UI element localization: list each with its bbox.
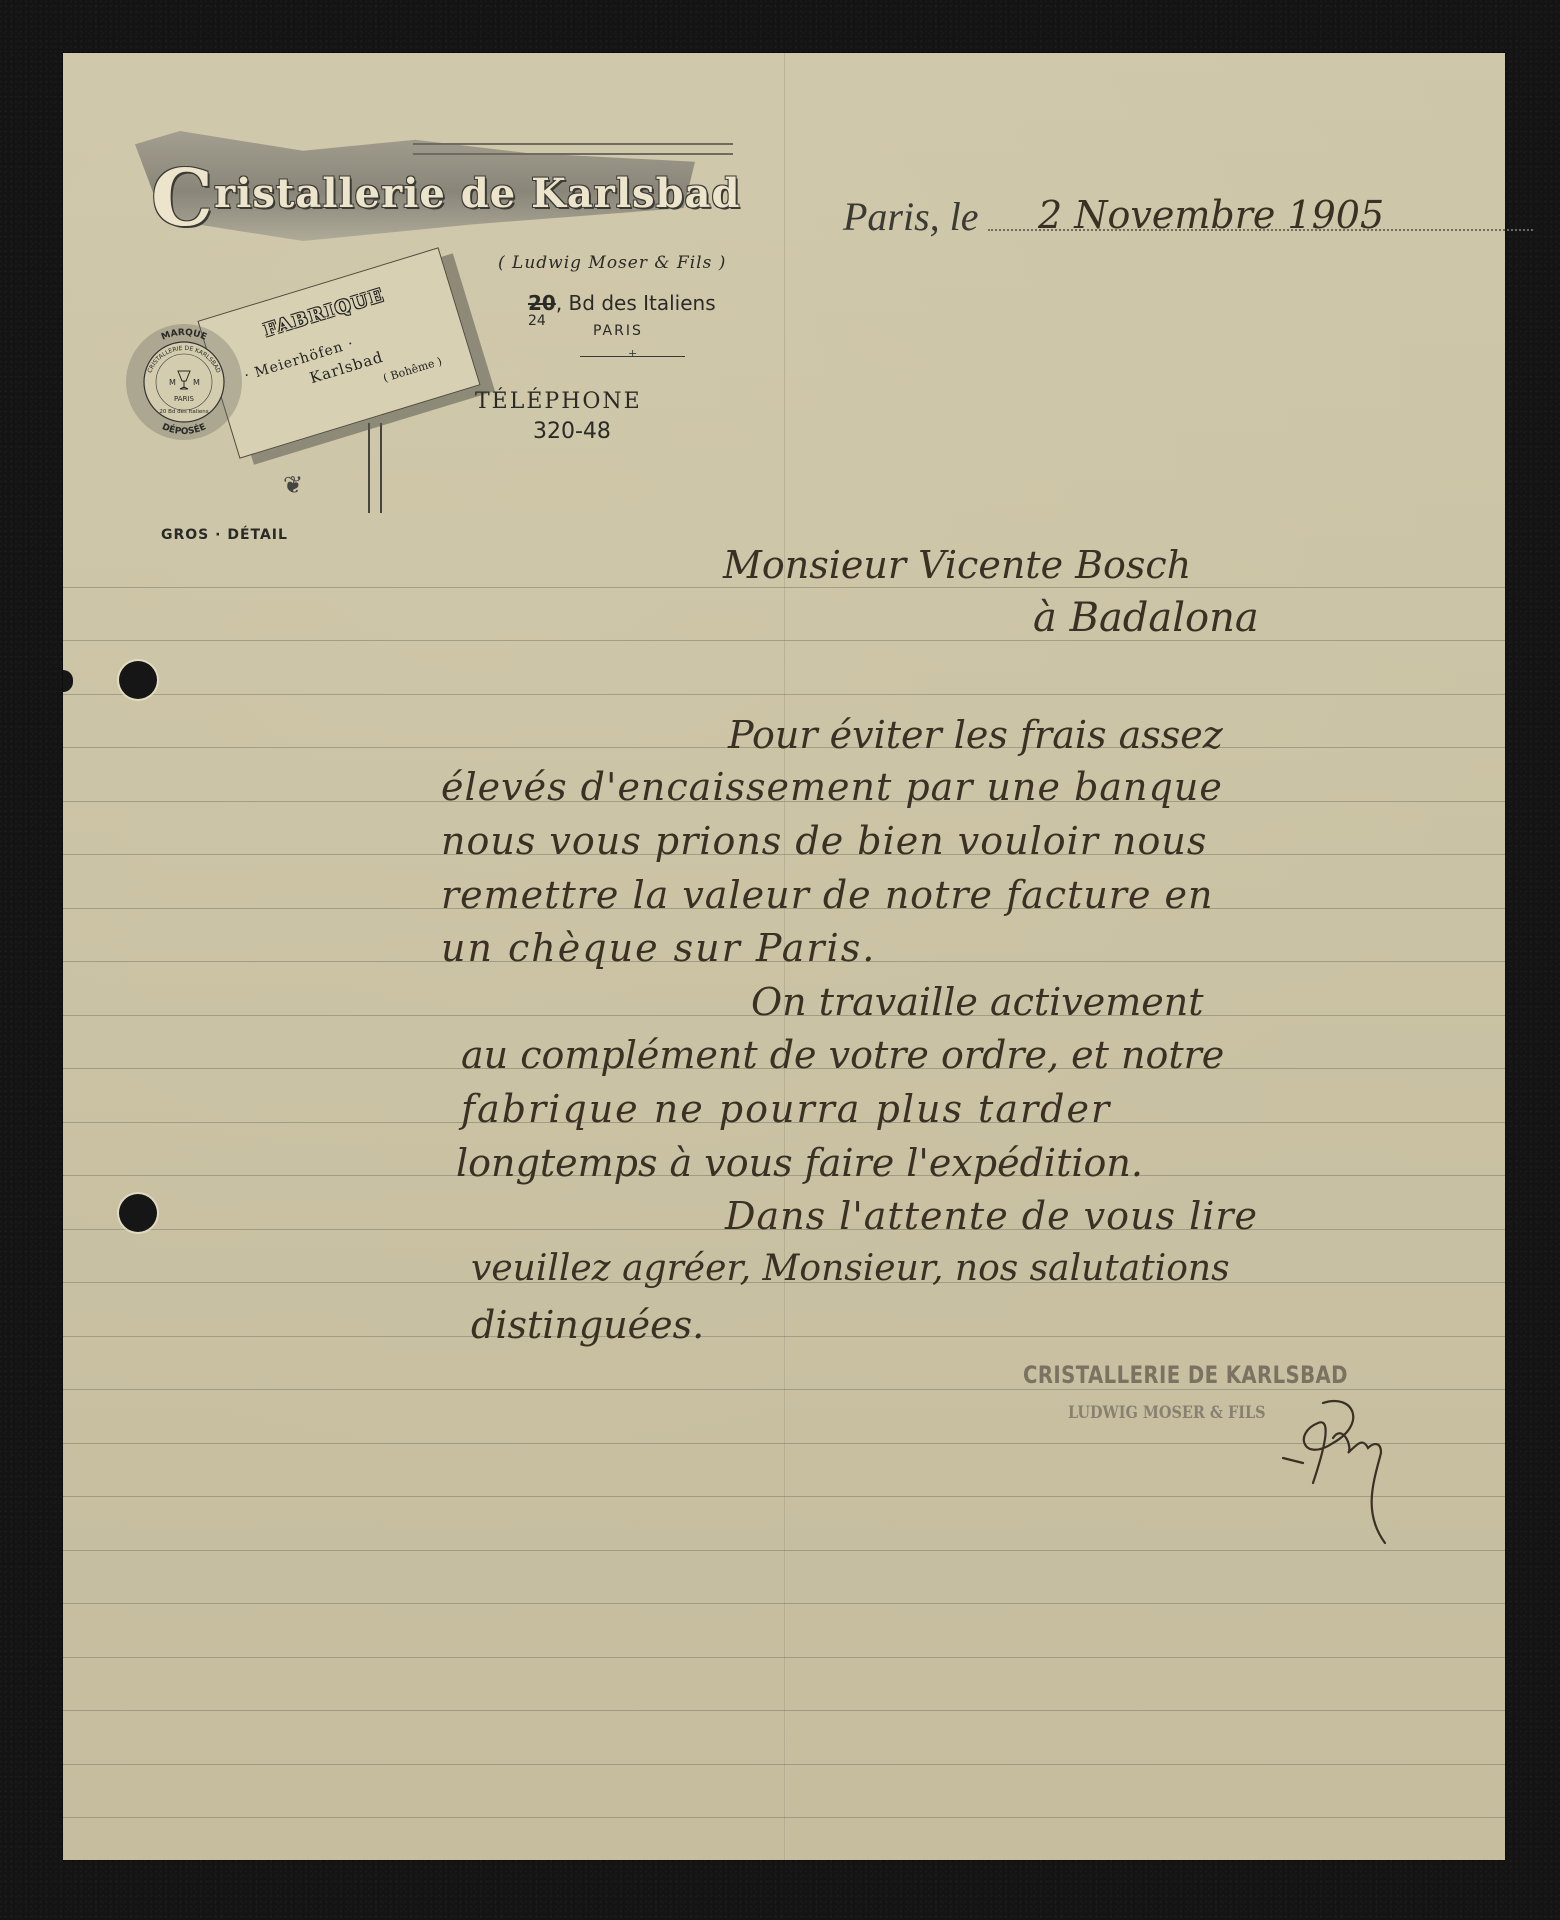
company-title-initial: C: [151, 153, 214, 244]
handwritten-date: 2 Novembre 1905: [1038, 193, 1384, 237]
ruled-line: [63, 640, 1505, 641]
company-address: 20, Bd des Italiens: [528, 291, 716, 315]
address-number-struck: 20: [528, 291, 556, 315]
company-stamp-line2: LUDWIG MOSER & FILS: [1068, 1403, 1266, 1423]
letter-body-line: longtemps à vous faire l'expédition.: [456, 1141, 1143, 1185]
trade-label: GROS · DÉTAIL: [161, 527, 288, 543]
letter-body-line: au complément de votre ordre, et notre: [461, 1033, 1224, 1077]
company-title: Cristallerie de Karlsbad: [151, 153, 740, 244]
svg-text:20 Bd des Italiens: 20 Bd des Italiens: [159, 409, 208, 415]
company-subtitle: ( Ludwig Moser & Fils ): [498, 253, 726, 273]
svg-text:M: M: [193, 378, 200, 387]
ruled-line: [63, 1603, 1505, 1604]
company-stamp-line1: CRISTALLERIE DE KARLSBAD: [1023, 1361, 1348, 1389]
factory-card-region: ( Bohême ): [382, 355, 444, 385]
telephone-label: TÉLÉPHONE: [475, 389, 642, 414]
address-street: , Bd des Italiens: [556, 291, 716, 315]
recipient-city: à Badalona: [1033, 595, 1259, 641]
ruled-line: [63, 1389, 1505, 1390]
signature: [1263, 1393, 1413, 1563]
binder-hole: [119, 661, 157, 699]
letter-body-line: élevés d'encaissement par une banque: [441, 765, 1223, 809]
date-printed-prefix: Paris, le: [843, 193, 979, 240]
letter-body-line: nous vous prions de bien vouloir nous: [441, 819, 1207, 863]
ruled-line: [63, 587, 1505, 588]
ruled-line: [63, 1657, 1505, 1658]
flourish-ornament: ❦: [283, 471, 303, 499]
address-city: PARIS: [593, 323, 643, 339]
ruled-line: [63, 694, 1505, 695]
letter-body-line: un chèque sur Paris.: [441, 926, 876, 970]
ruled-line: [63, 1764, 1505, 1765]
letter-body-line: fabrique ne pourra plus tarder: [461, 1087, 1111, 1131]
edge-notch: [63, 670, 73, 692]
binder-hole: [119, 1194, 157, 1232]
letter-body-line: Dans l'attente de vous lire: [725, 1194, 1258, 1238]
ruled-line: [63, 1817, 1505, 1818]
address-number-corrected: 24: [528, 313, 546, 329]
svg-text:PARIS: PARIS: [174, 395, 194, 403]
signpost-ornament: [368, 423, 382, 513]
telephone-number: 320-48: [533, 419, 611, 444]
ornamental-divider: [580, 356, 685, 357]
ruled-line: [63, 1710, 1505, 1711]
letter-body-line: remettre la valeur de notre facture en: [441, 873, 1214, 917]
letter-body-line: On travaille activement: [751, 980, 1204, 1024]
letter-page: Cristallerie de Karlsbad ❦ FABRIQUE · Me…: [63, 53, 1505, 1860]
letter-body-line: distinguées.: [471, 1303, 704, 1347]
ruled-line: [63, 1336, 1505, 1337]
recipient-name: Monsieur Vicente Bosch: [723, 543, 1191, 587]
letter-body-line: Pour éviter les frais assez: [728, 713, 1223, 757]
svg-text:M: M: [169, 378, 176, 387]
factory-card-heading: FABRIQUE: [261, 285, 387, 342]
trademark-medallion-icon: MARQUE DÉPOSÉE CRISTALLERIE DE KARLSBAD …: [123, 321, 245, 443]
company-title-rest: ristallerie de Karlsbad: [214, 170, 740, 217]
letter-body-line: veuillez agréer, Monsieur, nos salutatio…: [471, 1248, 1230, 1289]
